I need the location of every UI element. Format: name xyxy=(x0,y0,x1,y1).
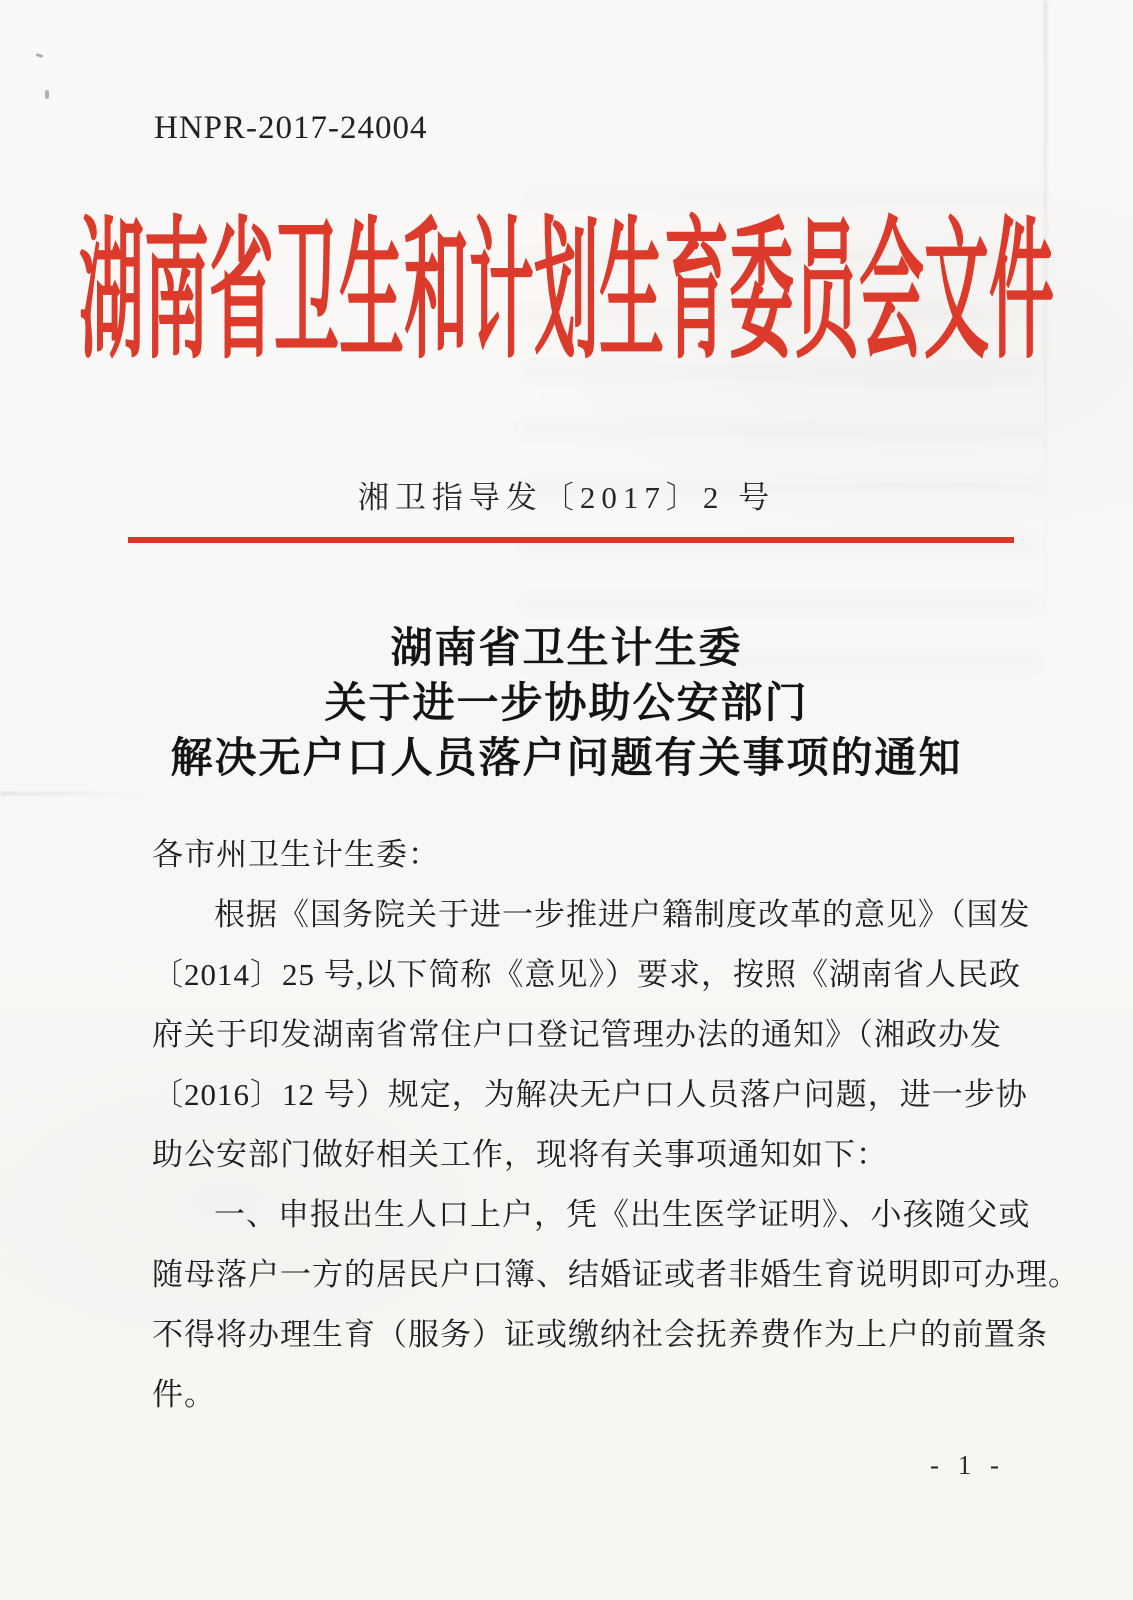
letterhead-divider-rule xyxy=(128,537,1014,543)
notice-title-line-3: 解决无户口人员落户问题有关事项的通知 xyxy=(0,732,1133,787)
body-text-line: 〔2014〕25 号,以下简称《意见》）要求，按照《湖南省人民政 xyxy=(152,945,1002,1005)
body-text-line: 〔2016〕12 号）规定，为解决无户口人员落户问题，进一步协 xyxy=(152,1065,1002,1125)
agency-letterhead-title: 湖南省卫生和计划生育委员会文件 xyxy=(0,219,1133,372)
document-body: 各市州卫生计生委： 根据《国务院关于进一步推进户籍制度改革的意见》（国发 〔20… xyxy=(152,825,1002,1425)
body-text-line: 根据《国务院关于进一步推进户籍制度改革的意见》（国发 xyxy=(152,885,1002,945)
document-reference-code: HNPR-2017-24004 xyxy=(154,110,428,147)
notice-title-line-2: 关于进一步协助公安部门 xyxy=(0,677,1133,732)
scan-speck xyxy=(45,90,49,99)
body-text-line: 随母落户一方的居民户口簿、结婚证或者非婚生育说明即可办理。 xyxy=(152,1245,1002,1305)
scanned-document-page: HNPR-2017-24004 湖南省卫生和计划生育委员会文件 湘卫指导发〔20… xyxy=(0,0,1133,1600)
body-text-line: 助公安部门做好相关工作，现将有关事项通知如下： xyxy=(152,1125,1002,1185)
document-issue-number: 湘卫指导发〔2017〕2 号 xyxy=(0,472,1133,517)
salutation-line: 各市州卫生计生委： xyxy=(152,825,1002,885)
body-text-line: 府关于印发湖南省常住户口登记管理办法的通知》（湘政办发 xyxy=(152,1005,1002,1065)
scan-crease-horizontal xyxy=(0,792,150,795)
notice-title-line-1: 湖南省卫生计生委 xyxy=(0,622,1133,677)
body-text-line: 一、申报出生人口上户，凭《出生医学证明》、小孩随父或 xyxy=(152,1185,1002,1245)
scan-speck xyxy=(36,53,44,58)
body-text-line: 不得将办理生育（服务）证或缴纳社会抚养费作为上户的前置条 xyxy=(152,1305,1002,1365)
notice-title: 湖南省卫生计生委 关于进一步协助公安部门 解决无户口人员落户问题有关事项的通知 xyxy=(0,622,1133,787)
page-number: - 1 - xyxy=(930,1450,1002,1481)
body-text-line: 件。 xyxy=(152,1365,1002,1425)
